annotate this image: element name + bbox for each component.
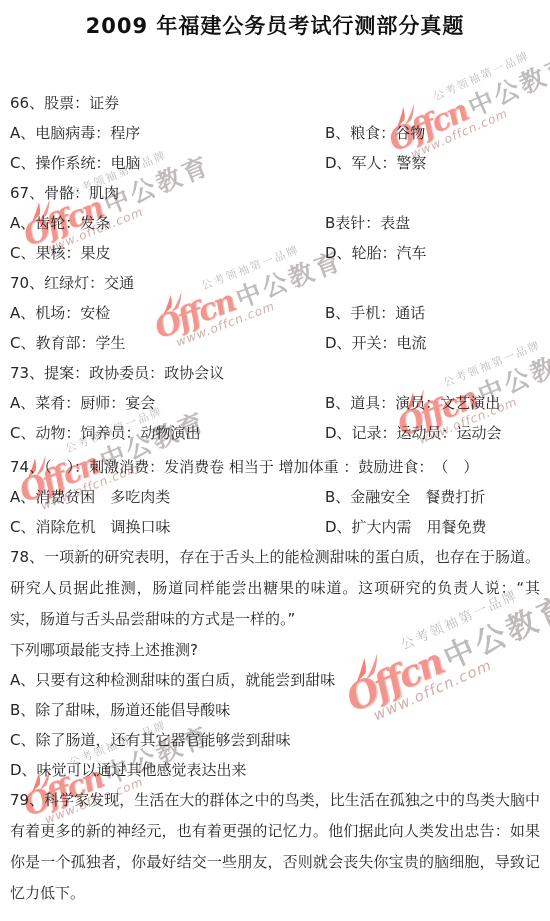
question-stem: 66、股票：证券: [10, 88, 540, 118]
question-78: 78、一项新的研究表明，存在于舌头上的能检测甜味的蛋白质，也存在于肠道。研究人员…: [10, 542, 540, 785]
question-stem: 70、红绿灯：交通: [10, 268, 540, 298]
question-stem: 67、骨骼：肌肉: [10, 178, 540, 208]
page-title: 2009 年福建公务员考试行测部分真题: [10, 0, 540, 52]
option-a: A、齿轮：发条: [10, 208, 325, 238]
option-b: B、除了甜味，肠道还能倡导酸味: [10, 695, 540, 725]
option-c: C、操作系统：电脑: [10, 148, 325, 178]
option-c: C、果核：果皮: [10, 238, 325, 268]
option-a: A、菜肴：厨师：宴会: [10, 388, 325, 418]
document-page: 公考领袖第一品牌 Offcn 中公教育 www.offcn.com 公考领袖第一…: [0, 0, 550, 921]
question-79: 79、科学家发现，生活在大的群体之中的鸟类，比生活在孤独之中的鸟类大脑中有着更多…: [10, 785, 540, 909]
option-d: D、扩大内需 用餐免费: [325, 512, 540, 542]
option-a: A、只要有这种检测甜味的蛋白质，就能尝到甜味: [10, 665, 540, 695]
option-b: B、金融安全 餐费打折: [325, 482, 540, 512]
question-stem: 79、科学家发现，生活在大的群体之中的鸟类，比生活在孤独之中的鸟类大脑中有着更多…: [10, 785, 540, 909]
option-b: B、道具：演员：文艺演出: [325, 388, 540, 418]
question-73: 73、提案：政协委员：政协会议 A、菜肴：厨师：宴会 B、道具：演员：文艺演出 …: [10, 358, 540, 448]
option-c: C、动物：饲养员：动物演出: [10, 418, 325, 448]
option-b: B、粮食：谷物: [325, 118, 540, 148]
option-b: B、手机：通话: [325, 298, 540, 328]
option-d: D、记录：运动员：运动会: [325, 418, 540, 448]
question-stem: 74、（ ）：刺激消费：发消费卷 相当于 增加体重 ：鼓励进食： （ ）: [10, 452, 540, 482]
option-a: A、消费贫困 多吃肉类: [10, 482, 325, 512]
question-74: 74、（ ）：刺激消费：发消费卷 相当于 增加体重 ：鼓励进食： （ ） A、消…: [10, 452, 540, 542]
option-a: A、电脑病毒：程序: [10, 118, 325, 148]
question-stem: 78、一项新的研究表明，存在于舌头上的能检测甜味的蛋白质，也存在于肠道。研究人员…: [10, 542, 540, 635]
question-67: 67、骨骼：肌肉 A、齿轮：发条 B表针：表盘 C、果核：果皮 D、轮胎：汽车: [10, 178, 540, 268]
option-d: D、味觉可以通过其他感觉表达出来: [10, 755, 540, 785]
option-a: A、机场：安检: [10, 298, 325, 328]
question-70: 70、红绿灯：交通 A、机场：安检 B、手机：通话 C、教育部：学生 D、开关：…: [10, 268, 540, 358]
question-66: 66、股票：证券 A、电脑病毒：程序 B、粮食：谷物 C、操作系统：电脑 D、军…: [10, 88, 540, 178]
option-c: C、消除危机 调换口味: [10, 512, 325, 542]
question-stem: 73、提案：政协委员：政协会议: [10, 358, 540, 388]
document-content: 2009 年福建公务员考试行测部分真题 66、股票：证券 A、电脑病毒：程序 B…: [0, 0, 550, 909]
question-prompt: 下列哪项最能支持上述推测?: [10, 635, 540, 665]
option-d: D、轮胎：汽车: [325, 238, 540, 268]
option-d: D、军人：警察: [325, 148, 540, 178]
option-d: D、开关：电流: [325, 328, 540, 358]
option-c: C、教育部：学生: [10, 328, 325, 358]
option-b: B表针：表盘: [325, 208, 540, 238]
option-c: C、除了肠道，还有其它器官能够尝到甜味: [10, 725, 540, 755]
